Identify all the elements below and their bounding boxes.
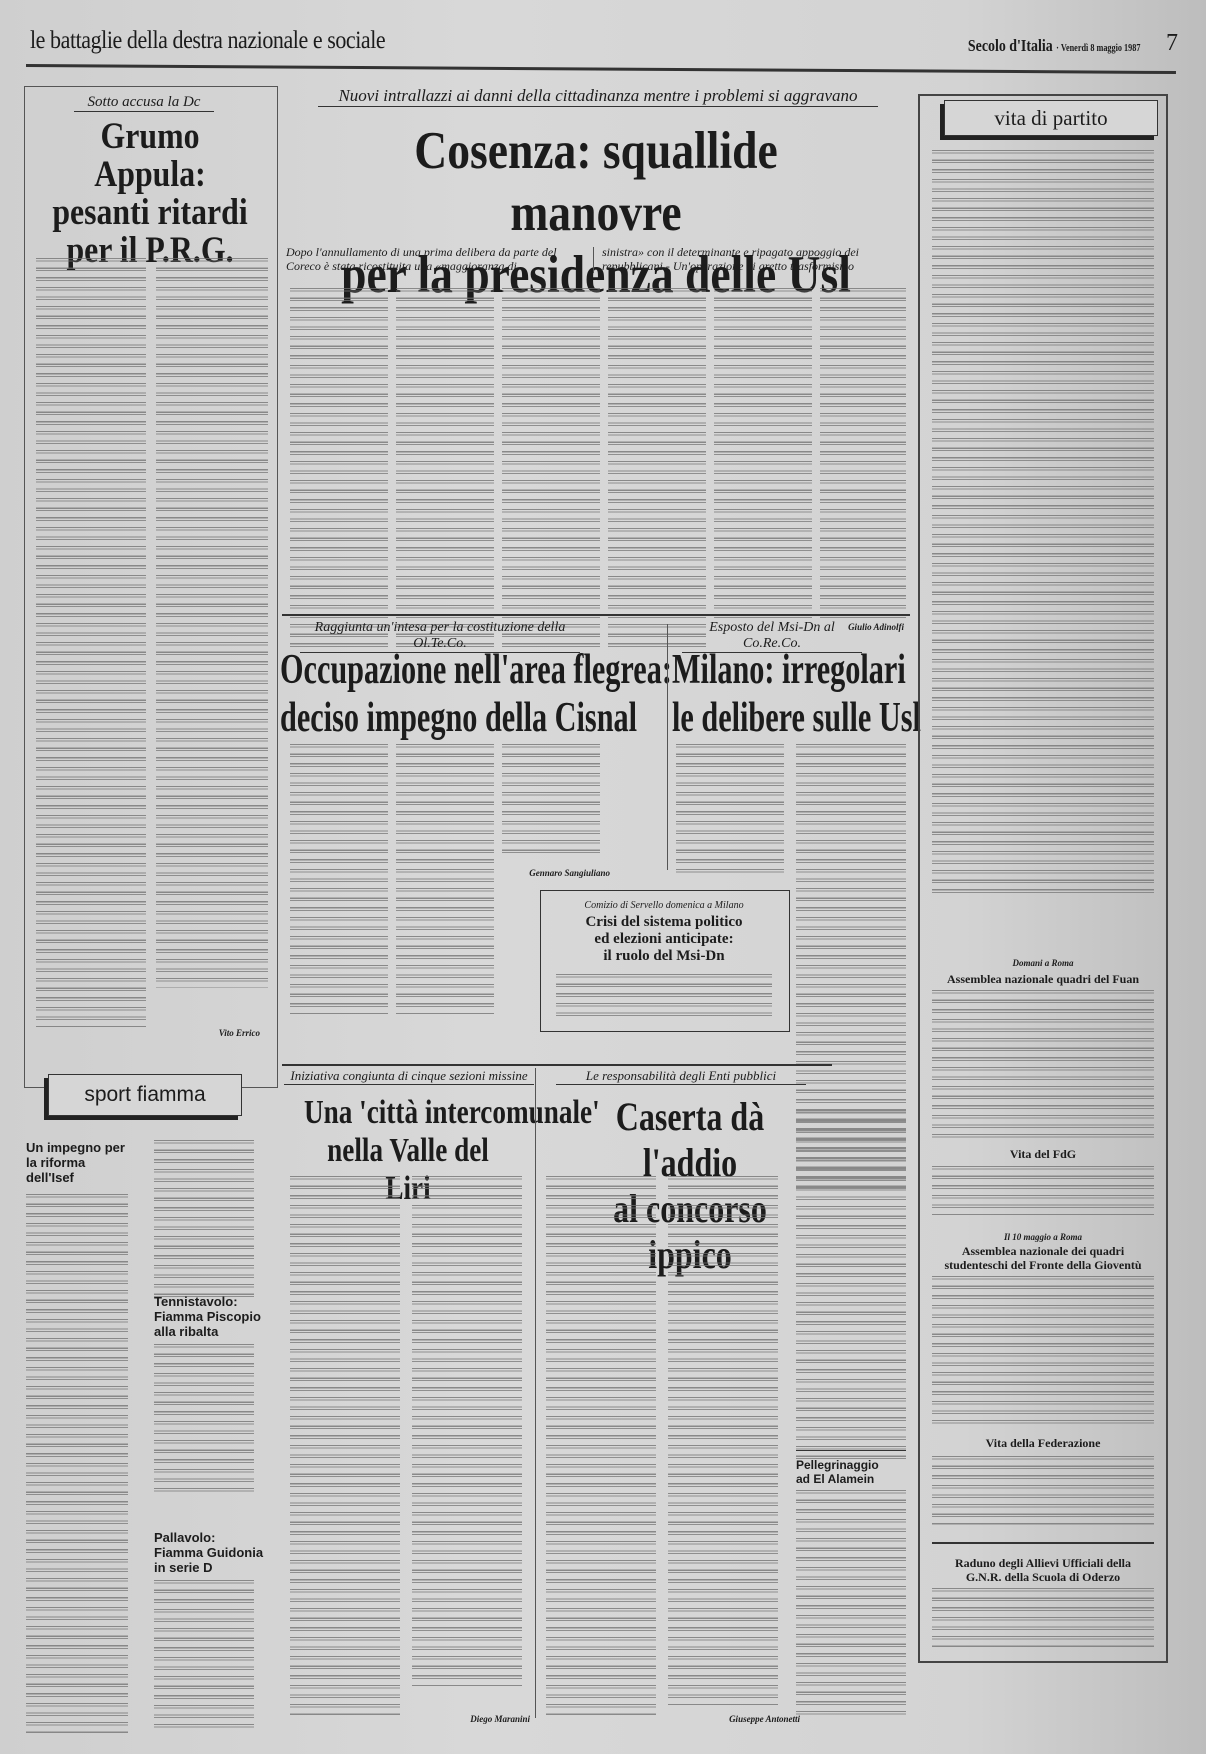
- byline-flegrea: Gennaro Sangiuliano: [520, 868, 610, 878]
- body-text-cosenza-col5: [714, 288, 812, 618]
- box-kicker-studenti: Il 10 maggio a Roma: [932, 1232, 1154, 1242]
- body-text-milano-col1: [676, 744, 784, 874]
- headline-line: ad El Alamein: [796, 1472, 906, 1486]
- body-text-cosenza-col1: [290, 288, 388, 648]
- headline-line: Occupazione nell'area flegrea:: [280, 646, 532, 694]
- headline-servello: Crisi del sistema politico ed elezioni a…: [545, 914, 783, 965]
- section-title: le battaglie della destra nazionale e so…: [30, 27, 385, 55]
- box-title-fuan: Assemblea nazionale quadri del Fuan: [932, 972, 1154, 987]
- sport-headline-isef: Un impegno per la riforma dell'Isef: [26, 1140, 136, 1185]
- column-divider: [535, 1068, 536, 1718]
- box-title-studenti: Assemblea nazionale dei quadri studentes…: [944, 1244, 1142, 1272]
- kicker-liri: Iniziativa congiunta di cinque sezioni m…: [284, 1068, 534, 1085]
- body-text-cosenza-col4: [608, 288, 706, 648]
- headline-line: pesanti ritardi: [47, 194, 253, 232]
- section-rule: [282, 614, 910, 616]
- body-text-grumo-col2: [156, 258, 268, 988]
- headline-line: deciso impegno della Cisnal: [280, 694, 532, 742]
- body-text-cosenza-col3: [502, 288, 600, 648]
- headline-line: Crisi del sistema politico: [545, 914, 783, 931]
- body-text-servello: [556, 974, 772, 1020]
- body-text-caserta-col2: [668, 1176, 778, 1706]
- headline-cosenza: Cosenza: squallide manovre per la presid…: [329, 120, 862, 306]
- headline-line: Grumo Appula:: [47, 118, 253, 194]
- headline-alamein: Pellegrinaggio ad El Alamein: [796, 1458, 906, 1486]
- deck-cosenza-left: Dopo l'annullamento di una prima deliber…: [286, 245, 586, 273]
- column-divider: [667, 624, 668, 870]
- body-text-cosenza-col6: [820, 288, 906, 618]
- kicker-grumo: Sotto accusa la Dc: [74, 94, 214, 112]
- body-text-studenti: [932, 1276, 1154, 1426]
- headline-line: il ruolo del Msi-Dn: [545, 948, 783, 965]
- body-text-flegrea-col3: [502, 744, 600, 854]
- deck-divider: [593, 247, 594, 273]
- kicker-servello: Comizio di Servello domenica a Milano: [545, 900, 783, 911]
- masthead-rule: [26, 64, 1176, 74]
- kicker-cosenza: Nuovi intrallazzi ai danni della cittadi…: [318, 86, 878, 107]
- headline-flegrea: Occupazione nell'area flegrea: deciso im…: [280, 646, 532, 742]
- section-rule: [932, 1542, 1154, 1544]
- section-label-sport: sport fiamma: [48, 1074, 242, 1116]
- body-text-cosenza-col2: [396, 288, 494, 648]
- headline-line: le delibere sulle Usl: [672, 694, 910, 742]
- headline-milano: Milano: irregolari le delibere sulle Usl: [672, 646, 910, 742]
- headline-line: ed elezioni anticipate:: [545, 931, 783, 948]
- headline-line: Caserta dà l'addio: [570, 1094, 810, 1186]
- section-label-vita: vita di partito: [944, 100, 1158, 136]
- body-text-isef-col2: [154, 1140, 254, 1300]
- body-text-caserta-col1: [546, 1176, 656, 1716]
- body-text-flegrea-col2: [396, 744, 494, 1014]
- body-text-alamein: [796, 1490, 906, 1720]
- body-text-flegrea-col1: [290, 744, 388, 1014]
- headline-line: Cosenza: squallide manovre: [329, 120, 862, 244]
- body-text-fuan: [932, 990, 1154, 1138]
- headline-line: Milano: irregolari: [672, 646, 910, 694]
- body-text-pallavolo: [154, 1580, 254, 1730]
- body-text-liri-col1: [290, 1176, 400, 1716]
- deck-cosenza-right: sinistra» con il determinante e ripagato…: [602, 245, 908, 273]
- newspaper-page: le battaglie della destra nazionale e so…: [0, 0, 1206, 1754]
- body-text-raduno: [932, 1588, 1154, 1648]
- kicker-caserta: Le responsabilità degli Enti pubblici: [556, 1068, 806, 1085]
- box-title-federazione: Vita della Federazione: [932, 1436, 1154, 1451]
- body-text-federazione: [932, 1456, 1154, 1526]
- headline-line: Una 'città intercomunale': [304, 1094, 512, 1132]
- paper-name: Secolo d'Italia: [967, 36, 1052, 55]
- body-text-isef: [26, 1194, 128, 1734]
- body-text-fdg: [932, 1166, 1154, 1216]
- section-rule: [282, 1064, 832, 1066]
- body-text-tennistavolo: [154, 1344, 254, 1494]
- byline-grumo: Vito Errico: [180, 1028, 260, 1038]
- body-text-milano-cont: [796, 1110, 906, 1460]
- paper-name-and-date: Secolo d'Italia · Venerdì 8 maggio 1987: [967, 36, 1140, 56]
- byline-caserta: Giuseppe Antonetti: [690, 1714, 800, 1724]
- headline-line: Pellegrinaggio: [796, 1458, 906, 1472]
- box-title-raduno: Raduno degli Allievi Ufficiali della G.N…: [950, 1556, 1136, 1584]
- section-rule: [796, 1450, 906, 1451]
- box-kicker-fuan: Domani a Roma: [932, 958, 1154, 968]
- body-text-liri-col2: [412, 1176, 522, 1686]
- page-number: 7: [1166, 30, 1178, 57]
- body-text-grumo-col1: [36, 258, 146, 1028]
- byline-liri: Diego Maranini: [430, 1714, 530, 1724]
- sport-headline-tennistavolo: Tennistavolo: Fiamma Piscopio alla ribal…: [154, 1294, 264, 1339]
- party-events-list: [932, 150, 1154, 895]
- headline-grumo: Grumo Appula: pesanti ritardi per il P.R…: [47, 118, 253, 270]
- box-title-fdg: Vita del FdG: [932, 1147, 1154, 1162]
- sport-headline-pallavolo: Pallavolo: Fiamma Guidonia in serie D: [154, 1530, 264, 1575]
- issue-date: Venerdì 8 maggio 1987: [1060, 43, 1140, 54]
